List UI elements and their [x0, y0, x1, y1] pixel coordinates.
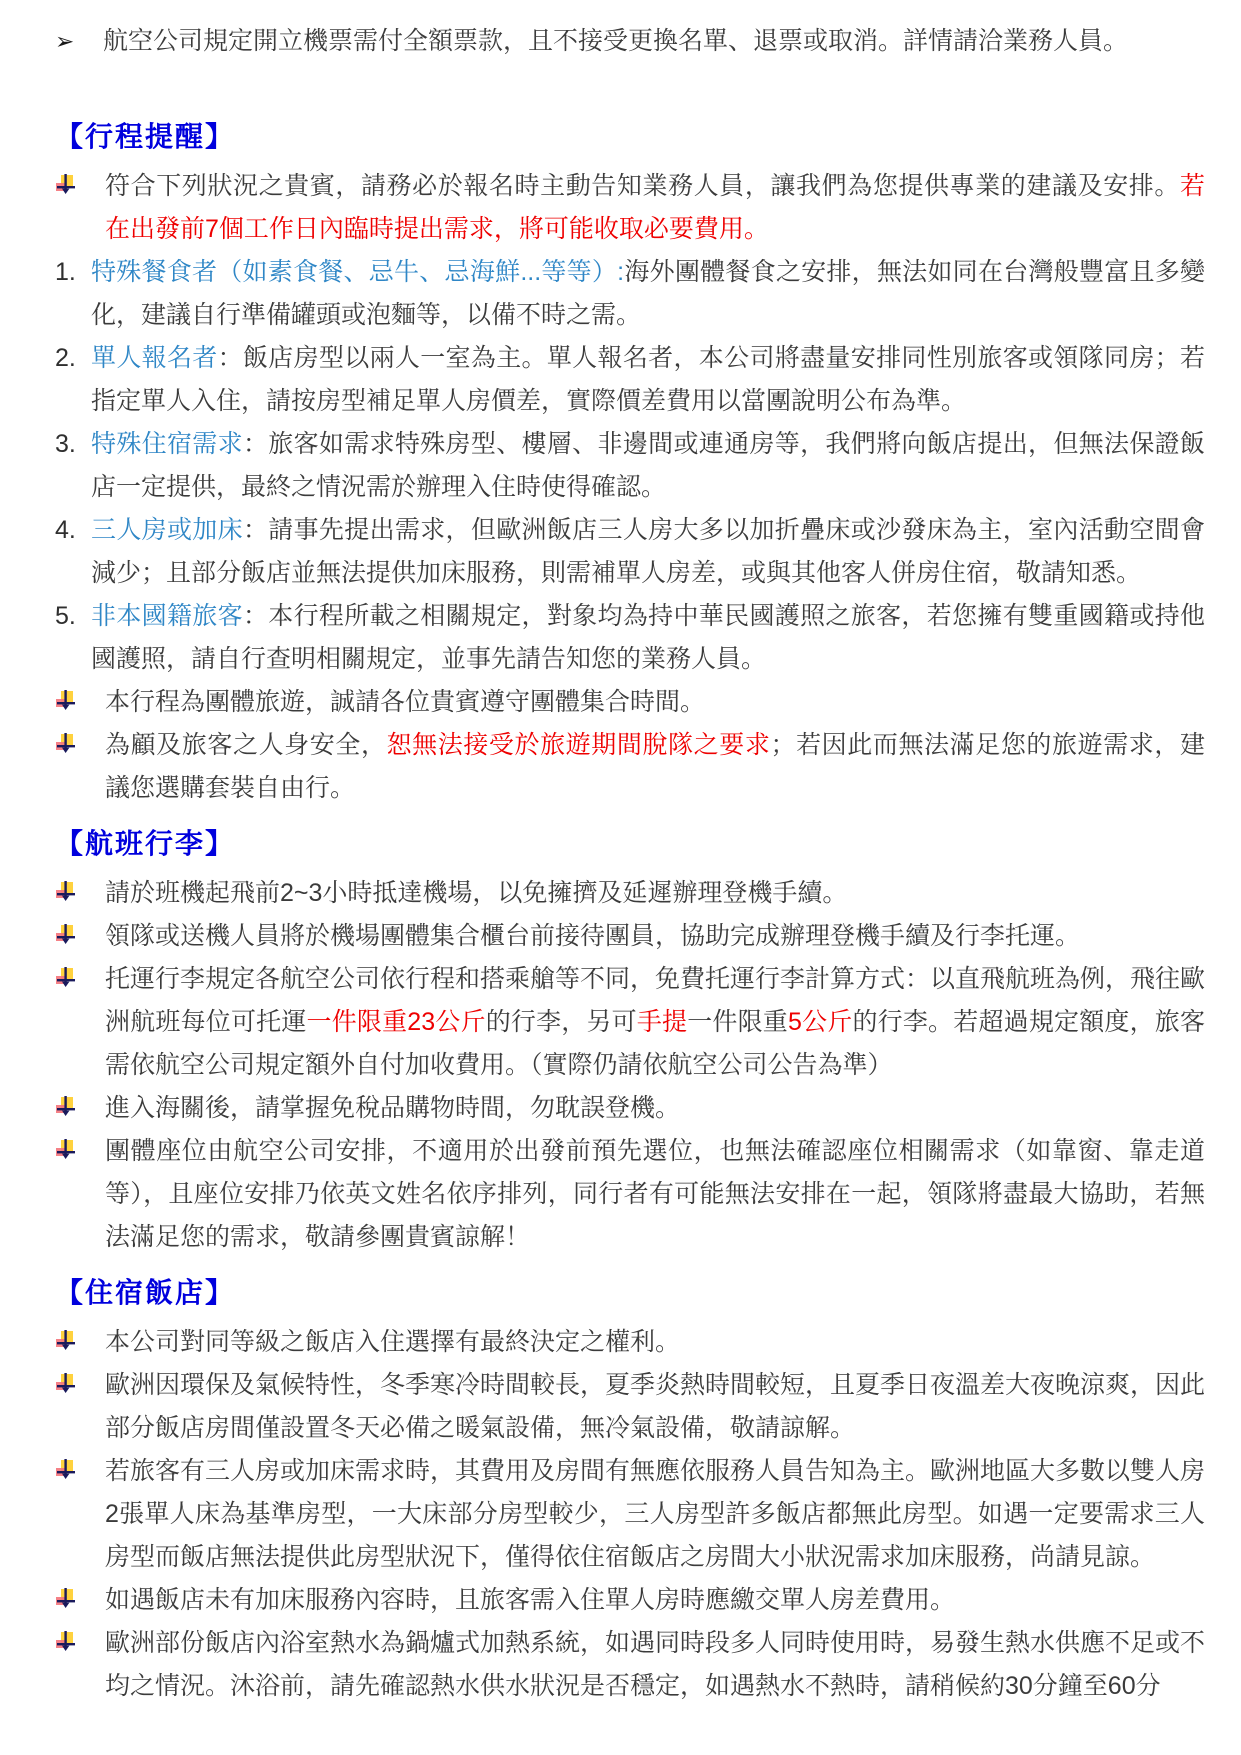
- body-text: 為顧及旅客之人身安全，: [105, 731, 387, 759]
- paragraph-text: 三人房或加床：請事先提出需求，但歐洲飯店三人房大多以加折疊床或沙發床為主，室內活…: [91, 509, 1205, 595]
- list-number: 5.: [55, 595, 91, 638]
- icon-bullet-item: 領隊或送機人員將於機場團體集合櫃台前接待團員，協助完成辦理登機手續及行李托運。: [55, 915, 1205, 958]
- paragraph-text: 托運行李規定各航空公司依行程和搭乘艙等不同，免費托運行李計算方式：以直飛航班為例…: [105, 958, 1205, 1087]
- colored-down-arrow-bullet-icon: [55, 1622, 105, 1652]
- icon-bullet-item: 為顧及旅客之人身安全，恕無法接受於旅遊期間脫隊之要求；若因此而無法滿足您的旅遊需…: [55, 724, 1205, 810]
- paragraph-text: 歐洲因環保及氣候特性，冬季寒冷時間較長，夏季炎熱時間較短，且夏季日夜溫差大夜晚涼…: [105, 1364, 1205, 1450]
- paragraph-text: 符合下列狀況之貴賓，請務必於報名時主動告知業務人員，讓我們為您提供專業的建議及安…: [105, 165, 1205, 251]
- paragraph-text: 特殊住宿需求：旅客如需求特殊房型、樓層、非邊間或連通房等，我們將向飯店提出，但無…: [91, 423, 1205, 509]
- body-text: 航空公司規定開立機票需付全額票款，且不接受更換名單、退票或取消。詳情請洽業務人員…: [103, 27, 1128, 55]
- body-text: 領隊或送機人員將於機場團體集合櫃台前接待團員，協助完成辦理登機手續及行李托運。: [105, 922, 1080, 950]
- lead-in-text: 特殊住宿需求: [91, 430, 243, 458]
- paragraph-text: 單人報名者：飯店房型以兩人一室為主。單人報名者，本公司將盡量安排同性別旅客或領隊…: [91, 337, 1205, 423]
- colored-down-arrow-bullet-icon: [55, 1579, 105, 1609]
- colored-down-arrow-bullet-icon: [55, 165, 105, 195]
- list-number: 1.: [55, 251, 91, 294]
- body-text: 歐洲部份飯店內浴室熱水為鍋爐式加熱系統，如遇同時段多人同時使用時，易發生熱水供應…: [105, 1629, 1205, 1700]
- paragraph-text: 歐洲部份飯店內浴室熱水為鍋爐式加熱系統，如遇同時段多人同時使用時，易發生熱水供應…: [105, 1622, 1205, 1708]
- paragraph-text: 進入海關後，請掌握免稅品購物時間，勿耽誤登機。: [105, 1087, 1205, 1130]
- body-text: 歐洲因環保及氣候特性，冬季寒冷時間較長，夏季炎熱時間較短，且夏季日夜溫差大夜晚涼…: [105, 1371, 1205, 1442]
- paragraph-text: 領隊或送機人員將於機場團體集合櫃台前接待團員，協助完成辦理登機手續及行李托運。: [105, 915, 1205, 958]
- paragraph-text: 請於班機起飛前2~3小時抵達機場，以免擁擠及延遲辦理登機手續。: [105, 872, 1205, 915]
- colored-down-arrow-bullet-icon: [55, 1130, 105, 1160]
- numbered-list-item: 1.特殊餐食者（如素食餐、忌牛、忌海鮮...等等）:海外團體餐食之安排，無法如同…: [55, 251, 1205, 337]
- body-text: 請於班機起飛前2~3小時抵達機場，以免擁擠及延遲辦理登機手續。: [105, 879, 847, 907]
- paragraph-text: 為顧及旅客之人身安全，恕無法接受於旅遊期間脫隊之要求；若因此而無法滿足您的旅遊需…: [105, 724, 1205, 810]
- lead-in-text: 非本國籍旅客: [91, 602, 243, 630]
- icon-bullet-item: 團體座位由航空公司安排，不適用於出發前預先選位，也無法確認座位相關需求（如靠窗、…: [55, 1130, 1205, 1259]
- colored-down-arrow-bullet-icon: [55, 1364, 105, 1394]
- numbered-list-item: 2.單人報名者：飯店房型以兩人一室為主。單人報名者，本公司將盡量安排同性別旅客或…: [55, 337, 1205, 423]
- travel-notice-document: ➢航空公司規定開立機票需付全額票款，且不接受更換名單、退票或取消。詳情請洽業務人…: [0, 0, 1241, 1755]
- warning-text: 手提: [637, 1008, 687, 1036]
- icon-bullet-item: 托運行李規定各航空公司依行程和搭乘艙等不同，免費托運行李計算方式：以直飛航班為例…: [55, 958, 1205, 1087]
- blank-line: [55, 63, 1205, 103]
- section-header: 【住宿飯店】: [55, 1271, 1205, 1315]
- paragraph-text: 本公司對同等級之飯店入住選擇有最終決定之權利。: [105, 1321, 1205, 1364]
- icon-bullet-item: 本公司對同等級之飯店入住選擇有最終決定之權利。: [55, 1321, 1205, 1364]
- icon-bullet-item: 本行程為團體旅遊，誠請各位貴賓遵守團體集合時間。: [55, 681, 1205, 724]
- numbered-list-item: 5.非本國籍旅客：本行程所載之相關規定，對象均為持中華民國護照之旅客，若您擁有雙…: [55, 595, 1205, 681]
- body-text: 若旅客有三人房或加床需求時，其費用及房間有無應依服務人員告知為主。歐洲地區大多數…: [105, 1457, 1205, 1571]
- section-header: 【行程提醒】: [55, 115, 1205, 159]
- warning-text: 恕無法接受於旅遊期間脫隊之要求: [387, 731, 771, 759]
- document-body: ➢航空公司規定開立機票需付全額票款，且不接受更換名單、退票或取消。詳情請洽業務人…: [55, 20, 1205, 1708]
- icon-bullet-item: 歐洲部份飯店內浴室熱水為鍋爐式加熱系統，如遇同時段多人同時使用時，易發生熱水供應…: [55, 1622, 1205, 1708]
- body-text: 本公司對同等級之飯店入住選擇有最終決定之權利。: [105, 1328, 680, 1356]
- colored-down-arrow-bullet-icon: [55, 724, 105, 754]
- section-header: 【航班行李】: [55, 822, 1205, 866]
- list-number: 2.: [55, 337, 91, 380]
- body-text: 符合下列狀況之貴賓，請務必於報名時主動告知業務人員，讓我們為您提供專業的建議及安…: [105, 172, 1180, 200]
- numbered-list-item: 4.三人房或加床：請事先提出需求，但歐洲飯店三人房大多以加折疊床或沙發床為主，室…: [55, 509, 1205, 595]
- colored-down-arrow-bullet-icon: [55, 1321, 105, 1351]
- colored-down-arrow-bullet-icon: [55, 958, 105, 988]
- body-text: 進入海關後，請掌握免稅品購物時間，勿耽誤登機。: [105, 1094, 680, 1122]
- icon-bullet-item: 若旅客有三人房或加床需求時，其費用及房間有無應依服務人員告知為主。歐洲地區大多數…: [55, 1450, 1205, 1579]
- body-text: 團體座位由航空公司安排，不適用於出發前預先選位，也無法確認座位相關需求（如靠窗、…: [105, 1137, 1205, 1251]
- icon-bullet-item: 進入海關後，請掌握免稅品購物時間，勿耽誤登機。: [55, 1087, 1205, 1130]
- icon-bullet-item: 符合下列狀況之貴賓，請務必於報名時主動告知業務人員，讓我們為您提供專業的建議及安…: [55, 165, 1205, 251]
- body-text: 如遇飯店未有加床服務內容時，且旅客需入住單人房時應繳交單人房差費用。: [105, 1586, 955, 1614]
- paragraph-text: 特殊餐食者（如素食餐、忌牛、忌海鮮...等等）:海外團體餐食之安排，無法如同在台…: [91, 251, 1205, 337]
- warning-text: 一件限重23公斤: [307, 1008, 486, 1036]
- paragraph-text: 非本國籍旅客：本行程所載之相關規定，對象均為持中華民國護照之旅客，若您擁有雙重國…: [91, 595, 1205, 681]
- icon-bullet-item: 如遇飯店未有加床服務內容時，且旅客需入住單人房時應繳交單人房差費用。: [55, 1579, 1205, 1622]
- paragraph-text: 如遇飯店未有加床服務內容時，且旅客需入住單人房時應繳交單人房差費用。: [105, 1579, 1205, 1622]
- colored-down-arrow-bullet-icon: [55, 1087, 105, 1117]
- body-text: ：飯店房型以兩人一室為主。單人報名者，本公司將盡量安排同性別旅客或領隊同房；若指…: [91, 344, 1205, 415]
- list-number: 4.: [55, 509, 91, 552]
- body-text: 一件限重: [687, 1008, 788, 1036]
- body-text: ：請事先提出需求，但歐洲飯店三人房大多以加折疊床或沙發床為主，室內活動空間會減少…: [91, 516, 1205, 587]
- body-text: ：本行程所載之相關規定，對象均為持中華民國護照之旅客，若您擁有雙重國籍或持他國護…: [91, 602, 1205, 673]
- numbered-list-item: 3.特殊住宿需求：旅客如需求特殊房型、樓層、非邊間或連通房等，我們將向飯店提出，…: [55, 423, 1205, 509]
- body-text: 本行程為團體旅遊，誠請各位貴賓遵守團體集合時間。: [105, 688, 705, 716]
- lead-in-text: 特殊餐食者（如素食餐、忌牛、忌海鮮...等等）:: [91, 258, 624, 286]
- right-arrowhead-icon: ➢: [55, 20, 103, 63]
- body-text: ：旅客如需求特殊房型、樓層、非邊間或連通房等，我們將向飯店提出，但無法保證飯店一…: [91, 430, 1205, 501]
- lead-in-text: 三人房或加床: [91, 516, 243, 544]
- colored-down-arrow-bullet-icon: [55, 1450, 105, 1480]
- colored-down-arrow-bullet-icon: [55, 915, 105, 945]
- body-text: 的行李，另可: [486, 1008, 637, 1036]
- paragraph-text: 若旅客有三人房或加床需求時，其費用及房間有無應依服務人員告知為主。歐洲地區大多數…: [105, 1450, 1205, 1579]
- paragraph-text: 本行程為團體旅遊，誠請各位貴賓遵守團體集合時間。: [105, 681, 1205, 724]
- list-number: 3.: [55, 423, 91, 466]
- colored-down-arrow-bullet-icon: [55, 872, 105, 902]
- arrowhead-bullet-item: ➢航空公司規定開立機票需付全額票款，且不接受更換名單、退票或取消。詳情請洽業務人…: [55, 20, 1205, 63]
- icon-bullet-item: 歐洲因環保及氣候特性，冬季寒冷時間較長，夏季炎熱時間較短，且夏季日夜溫差大夜晚涼…: [55, 1364, 1205, 1450]
- paragraph-text: 航空公司規定開立機票需付全額票款，且不接受更換名單、退票或取消。詳情請洽業務人員…: [103, 20, 1205, 63]
- icon-bullet-item: 請於班機起飛前2~3小時抵達機場，以免擁擠及延遲辦理登機手續。: [55, 872, 1205, 915]
- warning-text: 5公斤: [788, 1008, 852, 1036]
- paragraph-text: 團體座位由航空公司安排，不適用於出發前預先選位，也無法確認座位相關需求（如靠窗、…: [105, 1130, 1205, 1259]
- lead-in-text: 單人報名者: [91, 344, 218, 372]
- colored-down-arrow-bullet-icon: [55, 681, 105, 711]
